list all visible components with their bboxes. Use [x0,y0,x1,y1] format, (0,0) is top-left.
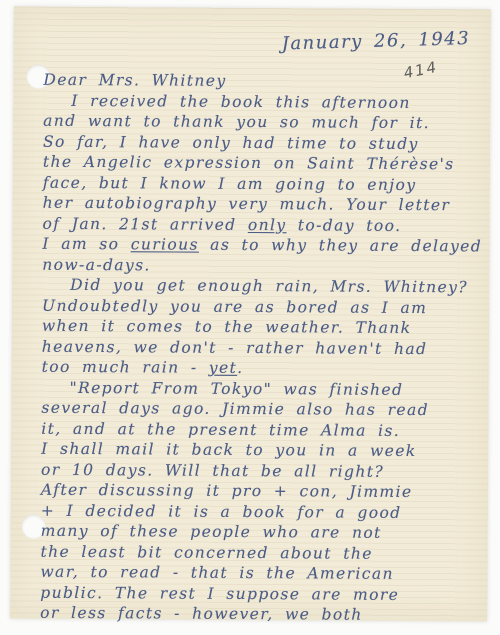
letter-line: public. The rest I suppose are more [40,582,477,605]
letter-line: or less facts - however, we both [40,603,477,626]
letter-line: her autobiography very much. Your letter [43,193,480,216]
letter-line: the least bit concerned about the [40,541,477,564]
letter-line: I received the book this afternoon [43,90,480,113]
letter-line: I am so curious as to why they are delay… [42,234,479,257]
letter-line: war, to read - that is the American [40,562,477,585]
letter-line: of Jan. 21st arrived only to-day too. [42,213,479,236]
letter-line: "Report From Tokyo" was finished [41,377,478,400]
letter-line: face, but I know I am going to enjoy [43,172,480,195]
letter-line: After discussing it pro + con, Jimmie [41,480,478,503]
letter-line: and want to thank you so much for it. [43,111,480,134]
letter-line: So far, I have only had time to study [43,131,480,154]
letter-paper: January 26, 1943 414 Dear Mrs. Whitney I… [10,7,491,622]
letter-line: the Angelic expression on Saint Thérèse'… [43,152,480,175]
letter-date: January 26, 1943 [282,28,471,54]
letter-line: several days ago. Jimmie also has read [41,398,478,421]
letter-line: many of these people who are not [41,521,478,544]
letter-line: or 10 days. Will that be all right? [41,459,478,482]
letter-line: Undoubtedly you are as bored as I am [42,295,479,318]
scanned-letter-page: January 26, 1943 414 Dear Mrs. Whitney I… [0,0,500,635]
letter-line: Did you get enough rain, Mrs. Whitney? [42,275,479,298]
letter-line: too much rain - yet. [42,357,479,380]
letter-line: heavens, we don't - rather haven't had [42,336,479,359]
salutation-line: Dear Mrs. Whitney [43,70,480,93]
letter-line: + I decided it is a book for a good [41,500,478,523]
letter-body: Dear Mrs. Whitney I received the book th… [40,70,480,626]
letter-line: when it comes to the weather. Thank [42,316,479,339]
letter-line: I shall mail it back to you in a week [41,439,478,462]
letter-line: now-a-days. [42,254,479,277]
letter-line: it, and at the present time Alma is. [41,418,478,441]
